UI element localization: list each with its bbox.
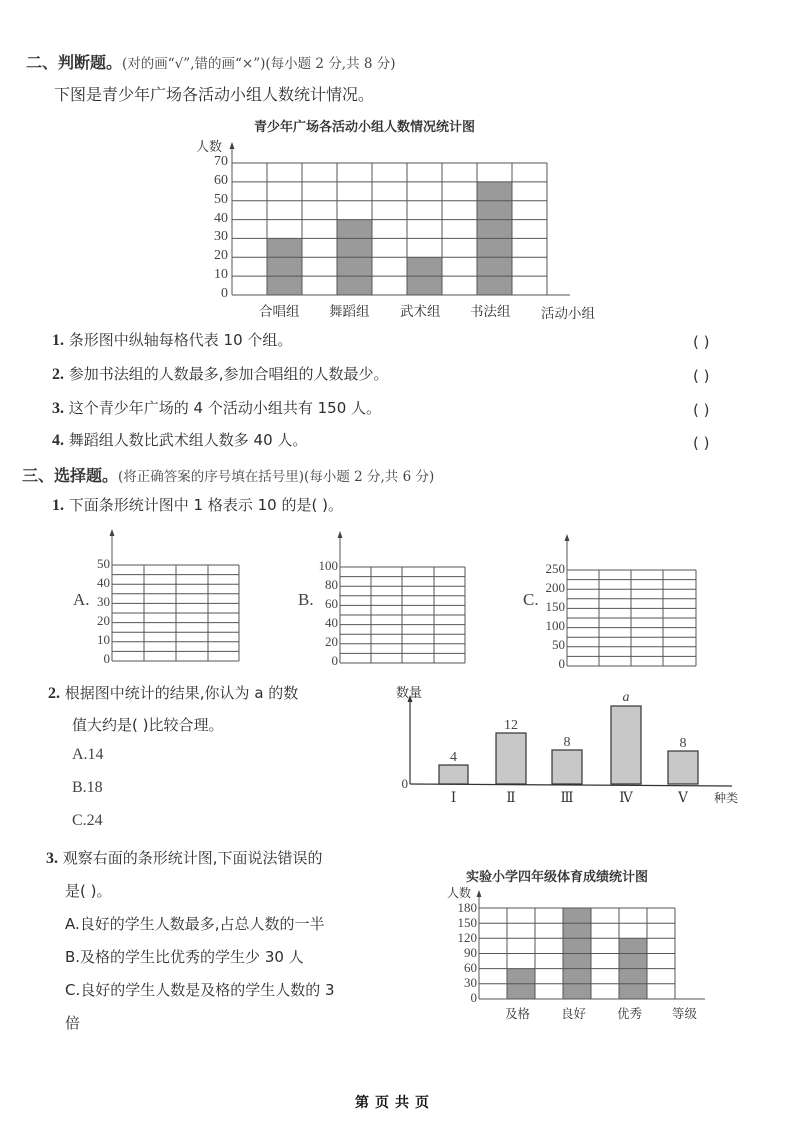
chart3-plot bbox=[0, 0, 793, 1122]
page-footer: 第页共页 bbox=[355, 1092, 435, 1112]
chart3-category: 优秀 bbox=[617, 1004, 642, 1022]
chart3-category: 良好 bbox=[561, 1004, 586, 1022]
chart3-xlabel: 等级 bbox=[672, 1004, 697, 1022]
chart3-category: 及格 bbox=[505, 1004, 530, 1022]
